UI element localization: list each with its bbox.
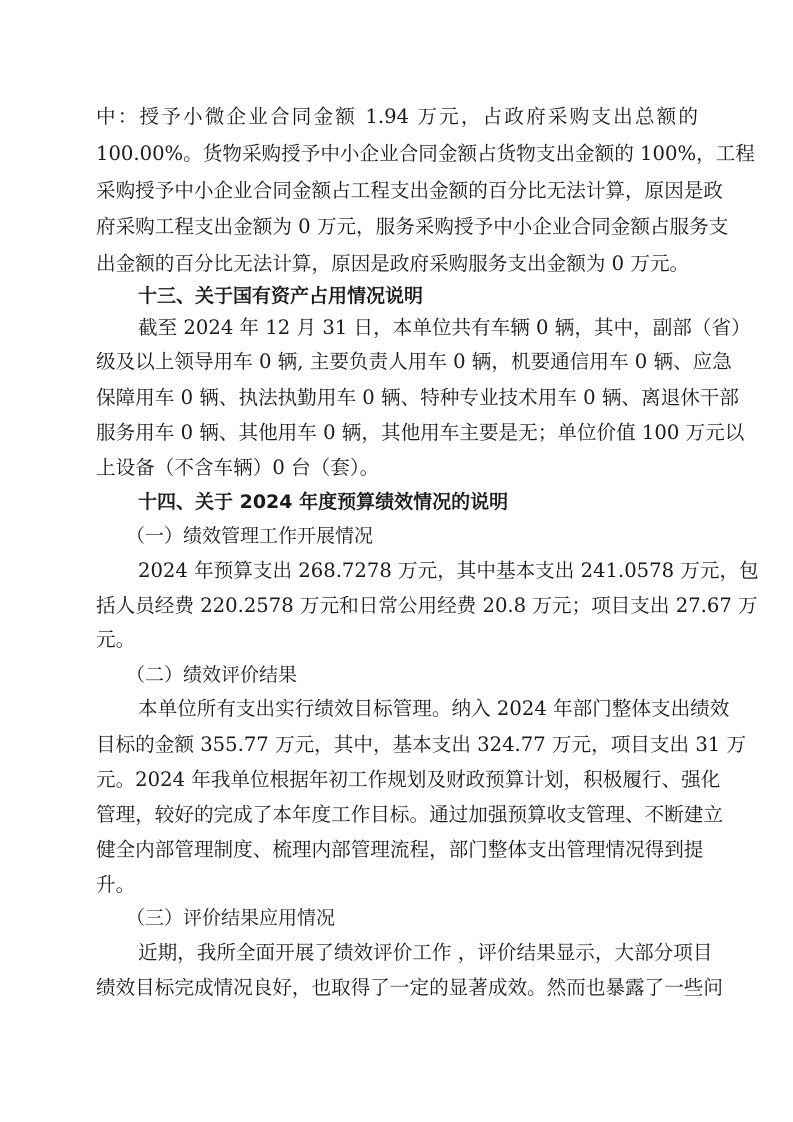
paragraph-line: 元。: [96, 625, 698, 655]
paragraph-line: 服务用车 0 辆、其他用车 0 辆，其他用车主要是无；单位价值 100 万元以: [96, 418, 698, 448]
section-heading-14: 十四、关于 2024 年度预算绩效情况的说明: [138, 487, 508, 517]
paragraph-line: 目标的金额 355.77 万元，其中，基本支出 324.77 万元，项目支出 3…: [96, 730, 698, 760]
paragraph-line: 中：授予小微企业合同金额 1.94 万元，占政府采购支出总额的: [96, 102, 698, 132]
paragraph-line: 管理，较好的完成了本年度工作目标。通过加强预算收支管理、不断建立: [96, 800, 698, 830]
paragraph-line: 100.00%。货物采购授予中小企业合同金额占货物支出金额的 100%，工程: [96, 139, 698, 169]
paragraph-line: 绩效目标完成情况良好，也取得了一定的显著成效。然而也暴露了一些问: [96, 973, 698, 1003]
paragraph-line: 截至 2024 年 12 月 31 日，本单位共有车辆 0 辆，其中，副部（省）: [138, 313, 698, 343]
subsection-heading-2: （二）绩效评价结果: [126, 660, 297, 690]
paragraph-line: 本单位所有支出实行绩效目标管理。纳入 2024 年部门整体支出绩效: [138, 694, 698, 724]
paragraph-line: 括人员经费 220.2578 万元和日常公用经费 20.8 万元；项目支出 27…: [96, 591, 698, 621]
paragraph-line: 府采购工程支出金额为 0 万元，服务采购授予中小企业合同金额占服务支: [96, 212, 698, 242]
paragraph-line: 近期，我所全面开展了绩效评价工作 ，评价结果显示，大部分项目: [138, 938, 698, 968]
paragraph-line: 健全内部管理制度、梳理内部管理流程，部门整体支出管理情况得到提: [96, 835, 698, 865]
subsection-heading-1: （一）绩效管理工作开展情况: [126, 521, 373, 551]
paragraph-line: 2024 年预算支出 268.7278 万元，其中基本支出 241.0578 万…: [138, 556, 698, 586]
paragraph-line: 采购授予中小企业合同金额占工程支出金额的百分比无法计算，原因是政: [96, 176, 698, 206]
paragraph-line: 升。: [96, 870, 698, 900]
subsection-heading-3: （三）评价结果应用情况: [126, 903, 335, 933]
paragraph-line: 上设备（不含车辆）0 台（套）。: [96, 453, 698, 483]
paragraph-line: 级及以上领导用车 0 辆, 主要负责人用车 0 辆，机要通信用车 0 辆、应急: [96, 347, 698, 377]
section-heading-13: 十三、关于国有资产占用情况说明: [138, 281, 423, 311]
paragraph-line: 元。2024 年我单位根据年初工作规划及财政预算计划，积极履行、强化: [96, 765, 698, 795]
paragraph-line: 保障用车 0 辆、执法执勤用车 0 辆、特种专业技术用车 0 辆、离退休干部: [96, 383, 698, 413]
paragraph-line: 出金额的百分比无法计算，原因是政府采购服务支出金额为 0 万元。: [96, 249, 698, 279]
